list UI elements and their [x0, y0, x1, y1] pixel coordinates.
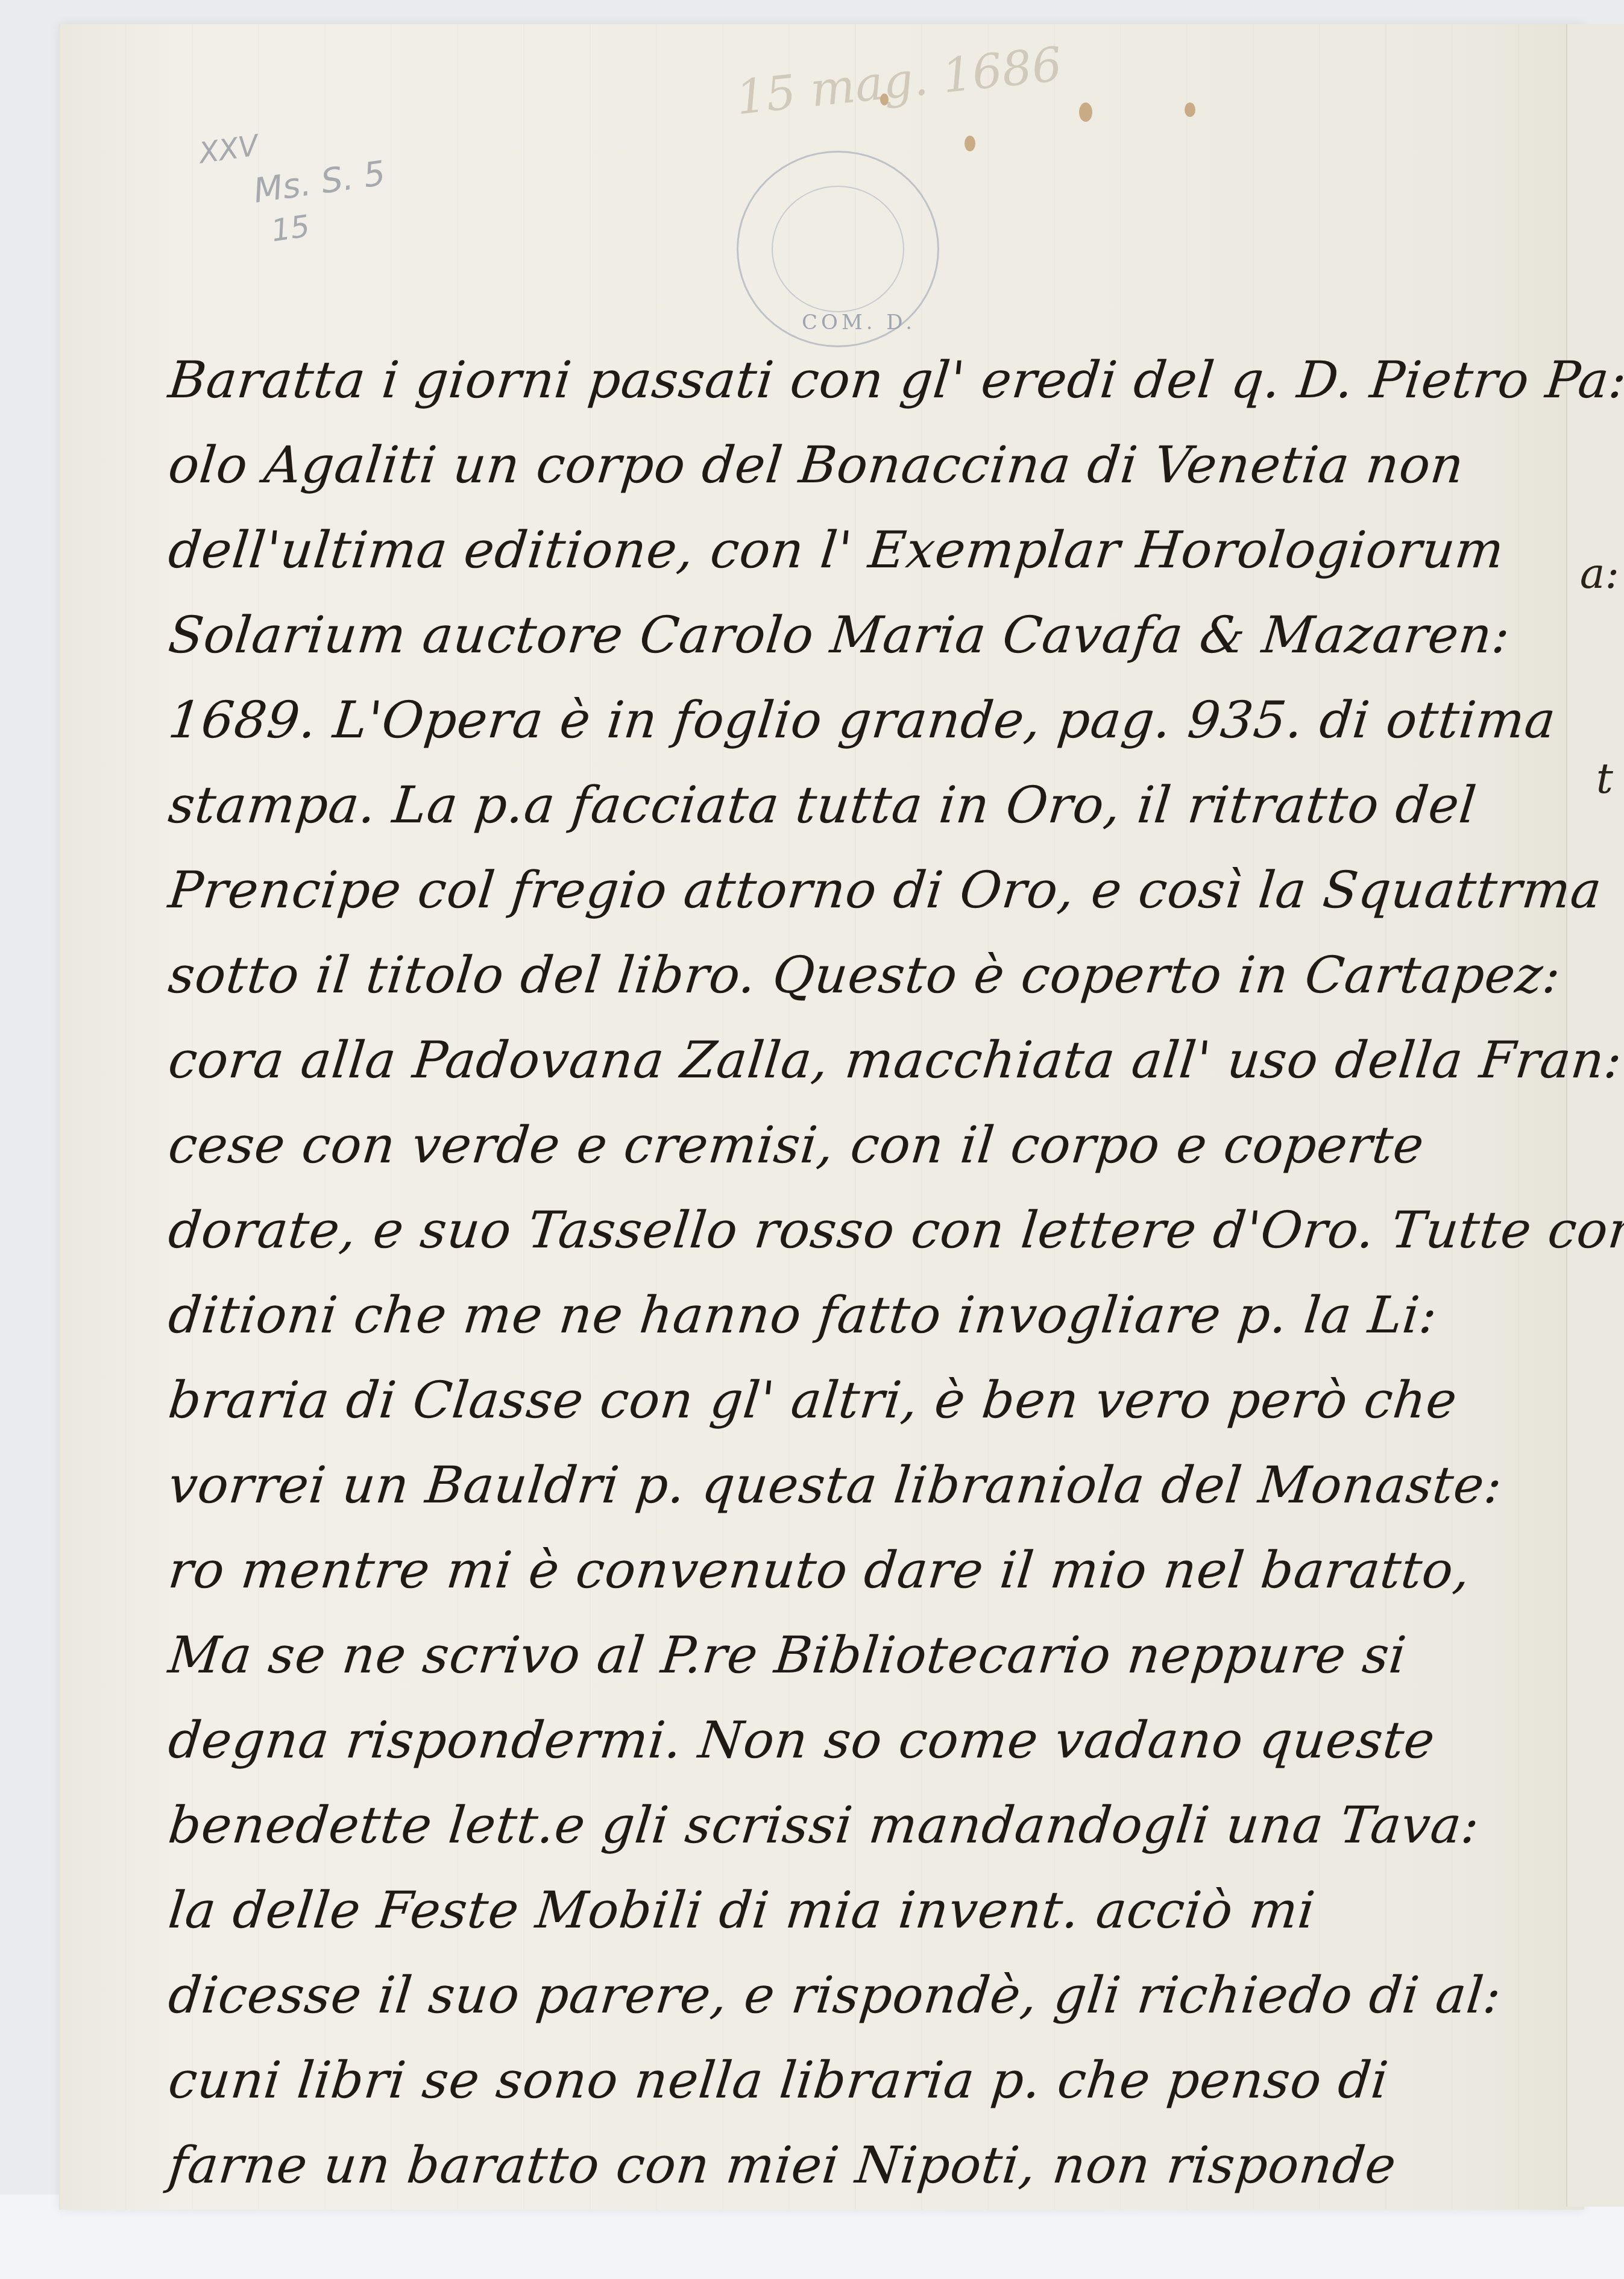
- pencil-note-3: 15: [269, 209, 312, 248]
- text-line: Ma se ne scrivo al P.re Bibliotecario ne…: [165, 1613, 1578, 1698]
- ink-stain: [965, 136, 975, 151]
- text-line: ro mentre mi è convenuto dare il mio nel…: [165, 1528, 1578, 1613]
- text-line: dell'ultima editione, con l' Exemplar Ho…: [165, 508, 1578, 593]
- text-line: degna rispondermi. Non so come vadano qu…: [165, 1698, 1578, 1783]
- text-line: olo Agaliti un corpo del Bonaccina di Ve…: [165, 423, 1578, 508]
- text-line: benedette lett.e gli scrissi mandandogli…: [165, 1783, 1578, 1868]
- text-line: dicesse il suo parere, e rispondè, gli r…: [165, 1953, 1578, 2038]
- text-line: sotto il titolo del libro. Questo è cope…: [165, 933, 1578, 1018]
- text-line: cuni libri se sono nella libraria p. che…: [165, 2038, 1578, 2123]
- text-line: Baratta i giorni passati con gl' eredi d…: [165, 338, 1578, 423]
- text-line: cora alla Padovana Zalla, macchiata all'…: [165, 1018, 1578, 1103]
- ink-stain: [1185, 102, 1195, 117]
- text-line: stampa. La p.a facciata tutta in Oro, il…: [165, 763, 1578, 848]
- text-line: Solarium auctore Carolo Maria Cavafa & M…: [165, 593, 1578, 678]
- text-line: ditioni che me ne hanno fatto invogliare…: [165, 1273, 1578, 1358]
- text-line: vorrei un Bauldri p. questa libraniola d…: [165, 1443, 1578, 1528]
- text-line: cese con verde e cremisi, con il corpo e…: [165, 1103, 1578, 1188]
- text-line: braria di Classe con gl' altri, è ben ve…: [165, 1358, 1578, 1443]
- text-line: dorate, e suo Tassello rosso con lettere…: [165, 1188, 1578, 1273]
- letter-body: Baratta i giorni passati con gl' eredi d…: [169, 338, 1573, 2208]
- text-line: farne un baratto con miei Nipoti, non ri…: [165, 2123, 1578, 2208]
- stamp-text: COM. D.: [802, 310, 916, 335]
- ink-stain: [1079, 102, 1092, 122]
- text-line: Prencipe col fregio attorno di Oro, e co…: [165, 848, 1578, 933]
- ink-stain: [880, 93, 889, 106]
- edge-fragment: a:: [1580, 549, 1619, 598]
- edge-fragment: t: [1596, 754, 1613, 803]
- text-line: 1689. L'Opera è in foglio grande, pag. 9…: [165, 678, 1578, 763]
- text-line: la delle Feste Mobili di mia invent. acc…: [165, 1868, 1578, 1953]
